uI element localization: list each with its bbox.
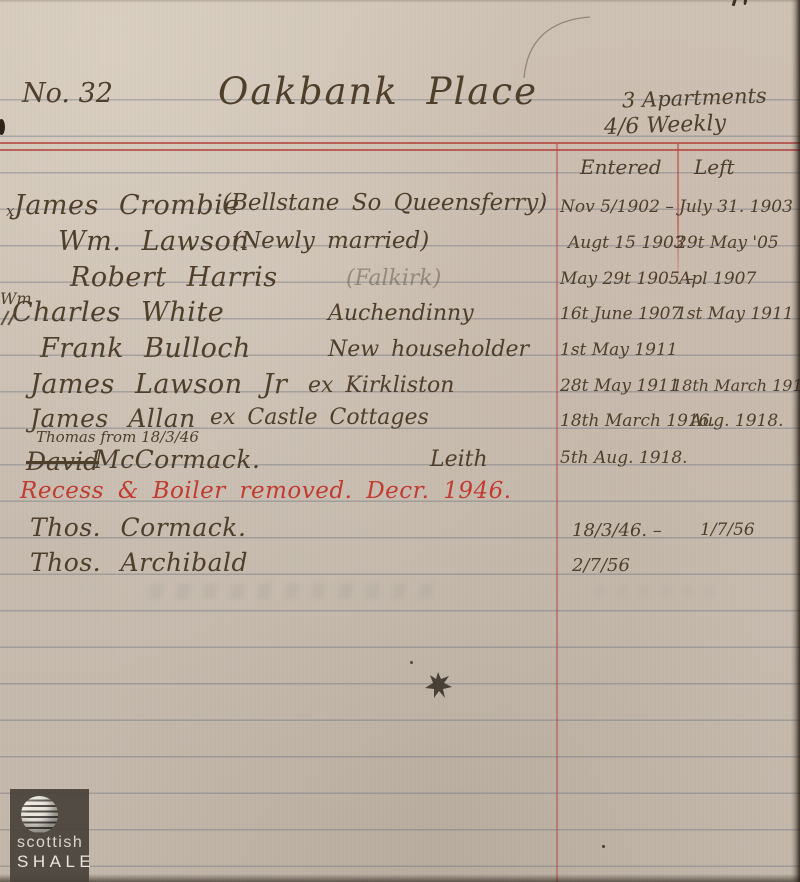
apartments-note: 3 Apartments bbox=[622, 83, 767, 112]
tenant-name: James Crombie bbox=[14, 190, 240, 221]
inserted-name: Thomas from 18/3/46 bbox=[36, 428, 199, 446]
left-date: Aug. 1918. bbox=[690, 411, 784, 431]
tenant-note: Leith bbox=[430, 447, 488, 472]
bleedthrough-ghost-text bbox=[595, 585, 725, 597]
tenant-note: New householder bbox=[328, 337, 529, 362]
entered-date: 16t June 1907 bbox=[560, 304, 681, 324]
ink-blot bbox=[420, 668, 456, 704]
tenant-name: Thos. Archibald bbox=[30, 548, 248, 577]
ledger-row: Wm Charles White Auchendinny 16t June 19… bbox=[0, 297, 800, 335]
ledger-row: Thos. Cormack. 18/3/46. – 1/7/56 bbox=[0, 513, 800, 551]
bleedthrough-ghost-text bbox=[149, 583, 441, 599]
entered-date: 18/3/46. – bbox=[572, 520, 662, 541]
ledger-row: x James Crombie (Bellstane So Queensferr… bbox=[0, 190, 800, 228]
ink-speck bbox=[602, 845, 605, 848]
ledger-row: James Lawson Jr ex Kirkliston 28t May 19… bbox=[0, 369, 800, 407]
tenant-name: Wm. Lawson bbox=[58, 226, 249, 257]
tenant-note: (Bellstane So Queensferry) bbox=[222, 190, 547, 216]
entered-column-header: Entered bbox=[580, 155, 662, 179]
edge-speck bbox=[0, 119, 5, 135]
left-date: July 31. 1903 bbox=[679, 197, 793, 217]
tenant-name: James Lawson Jr bbox=[30, 369, 287, 400]
ledger-row: Wm. Lawson (Newly married) Augt 15 1903 … bbox=[0, 226, 800, 264]
left-date: Apl 1907 bbox=[679, 269, 756, 289]
entered-date: Nov 5/1902 – bbox=[560, 197, 674, 217]
entered-date: 2/7/56 bbox=[572, 555, 630, 576]
page-edge-shadow-top bbox=[0, 0, 800, 3]
rent-note: 4/6 Weekly bbox=[604, 111, 727, 140]
entered-date: May 29t 1905 – bbox=[560, 269, 694, 289]
tenant-note: Auchendinny bbox=[328, 301, 474, 326]
watermark-text-line2: SHALE bbox=[17, 852, 95, 872]
ledger-page: No. 32 Oakbank Place 3 Apartments 4/6 We… bbox=[0, 0, 800, 882]
tenant-name: Charles White bbox=[12, 297, 224, 328]
watermark-text-line1: scottish bbox=[17, 834, 83, 852]
tenant-name: Thos. Cormack. bbox=[30, 513, 246, 542]
page-edge-shadow-bottom bbox=[0, 874, 800, 882]
struck-name: David bbox=[26, 447, 99, 476]
page-number: No. 32 bbox=[22, 78, 113, 109]
ledger-row: Thomas from 18/3/46 David McCormack. Lei… bbox=[0, 441, 800, 479]
pencil-arc-mark bbox=[516, 10, 600, 80]
ledger-row: Thos. Archibald 2/7/56 bbox=[0, 548, 800, 586]
red-annotation: Recess & Boiler removed. Decr. 1946. bbox=[20, 478, 512, 504]
street-title: Oakbank Place bbox=[218, 70, 538, 113]
entered-date: Augt 15 1903 bbox=[568, 233, 685, 253]
entered-date: 28t May 1911 bbox=[560, 376, 680, 396]
tenant-name: Robert Harris bbox=[70, 262, 278, 293]
left-column-header: Left bbox=[694, 155, 735, 179]
entered-date: 1st May 1911 bbox=[560, 340, 678, 360]
globe-icon bbox=[21, 796, 58, 833]
tenant-note: (Falkirk) bbox=[346, 266, 441, 291]
ledger-row: Frank Bulloch New householder 1st May 19… bbox=[0, 333, 800, 371]
left-date: 18th March 1916 bbox=[672, 376, 800, 395]
ledger-row: Robert Harris (Falkirk) May 29t 1905 – A… bbox=[0, 262, 800, 300]
tenant-name: Frank Bulloch bbox=[40, 333, 251, 364]
left-date: 1st May 1911 bbox=[676, 304, 794, 324]
left-date: 1/7/56 bbox=[700, 520, 755, 540]
entered-date: 5th Aug. 1918. bbox=[560, 448, 688, 468]
tenant-note: ex Castle Cottages bbox=[210, 405, 429, 430]
red-margin-line-horizontal bbox=[0, 142, 800, 151]
left-date: 29t May '05 bbox=[676, 233, 779, 253]
tenant-note: (Newly married) bbox=[232, 228, 429, 254]
tenant-note: ex Kirkliston bbox=[308, 373, 454, 398]
page-edge-shadow-right bbox=[791, 0, 800, 882]
ink-speck bbox=[410, 661, 413, 664]
scottish-shale-watermark: scottish SHALE bbox=[10, 789, 89, 882]
tenant-name: McCormack. bbox=[94, 445, 260, 474]
